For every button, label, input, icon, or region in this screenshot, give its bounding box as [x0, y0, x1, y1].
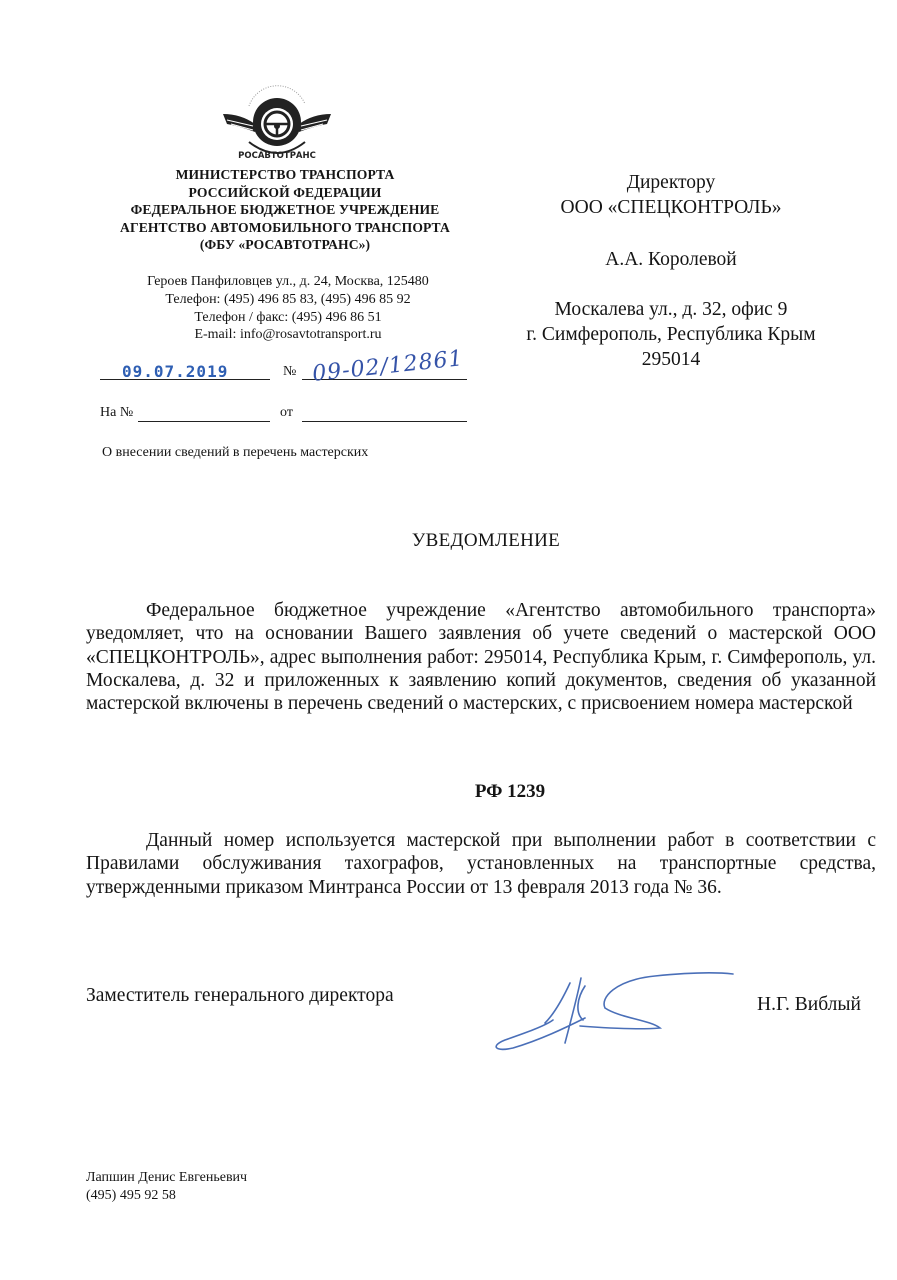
executor-phone: (495) 495 92 58: [86, 1187, 247, 1205]
org-line: ФЕДЕРАЛЬНОЕ БЮДЖЕТНОЕ УЧРЕЖДЕНИЕ: [95, 201, 475, 219]
body-paragraph-2: Данный номер используется мастерской при…: [86, 829, 876, 899]
executor-block: Лапшин Денис Евгеньевич (495) 495 92 58: [86, 1169, 247, 1205]
date-stamp: 09.07.2019: [122, 362, 228, 381]
sender-organization: МИНИСТЕРСТВО ТРАНСПОРТА РОССИЙСКОЙ ФЕДЕР…: [95, 166, 475, 254]
registration-row: 09.07.2019 № 09-02/12861: [100, 360, 480, 384]
letter-subject: О внесении сведений в перечень мастерски…: [102, 445, 368, 461]
addressee-address-line1: Москалева ул., д. 32, офис 9: [500, 297, 842, 322]
executor-name: Лапшин Денис Евгеньевич: [86, 1169, 247, 1187]
reference-number-label: На №: [100, 405, 133, 421]
sender-email: E-mail: info@rosavtotransport.ru: [118, 326, 458, 344]
sender-contacts: Героев Панфиловцев ул., д. 24, Москва, 1…: [118, 273, 458, 344]
reference-row: На № от: [100, 403, 480, 427]
outgoing-number-handwritten: 09-02/12861: [311, 346, 465, 387]
document-title: УВЕДОМЛЕНИЕ: [0, 530, 897, 552]
org-line: МИНИСТЕРСТВО ТРАНСПОРТА: [95, 166, 475, 184]
org-line: АГЕНТСТВО АВТОМОБИЛЬНОГО ТРАНСПОРТА: [95, 219, 475, 237]
number-label: №: [283, 364, 296, 380]
addressee-person: А.А. Королевой: [500, 247, 842, 272]
sender-fax: Телефон / факс: (495) 496 86 51: [118, 309, 458, 327]
logo-caption: РОСАВТОТРАНС: [238, 151, 316, 161]
addressee-address-line2: г. Симферополь, Республика Крым: [500, 322, 842, 347]
addressee-position: Директору: [500, 170, 842, 195]
sender-address: Героев Панфиловцев ул., д. 24, Москва, 1…: [118, 273, 458, 291]
addressee-company: ООО «СПЕЦКОНТРОЛЬ»: [500, 195, 842, 220]
sender-phones: Телефон: (495) 496 85 83, (495) 496 85 9…: [118, 291, 458, 309]
handwritten-signature-icon: [485, 968, 735, 1053]
reference-number-line: [138, 421, 270, 422]
rosavtotrans-emblem-icon: РОСАВТОТРАНС: [221, 84, 333, 168]
addressee-block: Директору ООО «СПЕЦКОНТРОЛЬ» А.А. Короле…: [500, 170, 842, 372]
signatory-name: Н.Г. Виблый: [757, 994, 861, 1016]
body-paragraph-1: Федеральное бюджетное учреждение «Агентс…: [86, 599, 876, 715]
org-line: (ФБУ «РОСАВТОТРАНС»): [95, 236, 475, 254]
signatory-role: Заместитель генерального директора: [86, 985, 394, 1007]
workshop-number: РФ 1239: [0, 781, 897, 803]
org-line: РОССИЙСКОЙ ФЕДЕРАЦИИ: [95, 184, 475, 202]
reference-date-label: от: [280, 405, 293, 421]
reference-date-line: [302, 421, 467, 422]
addressee-postcode: 295014: [500, 347, 842, 372]
